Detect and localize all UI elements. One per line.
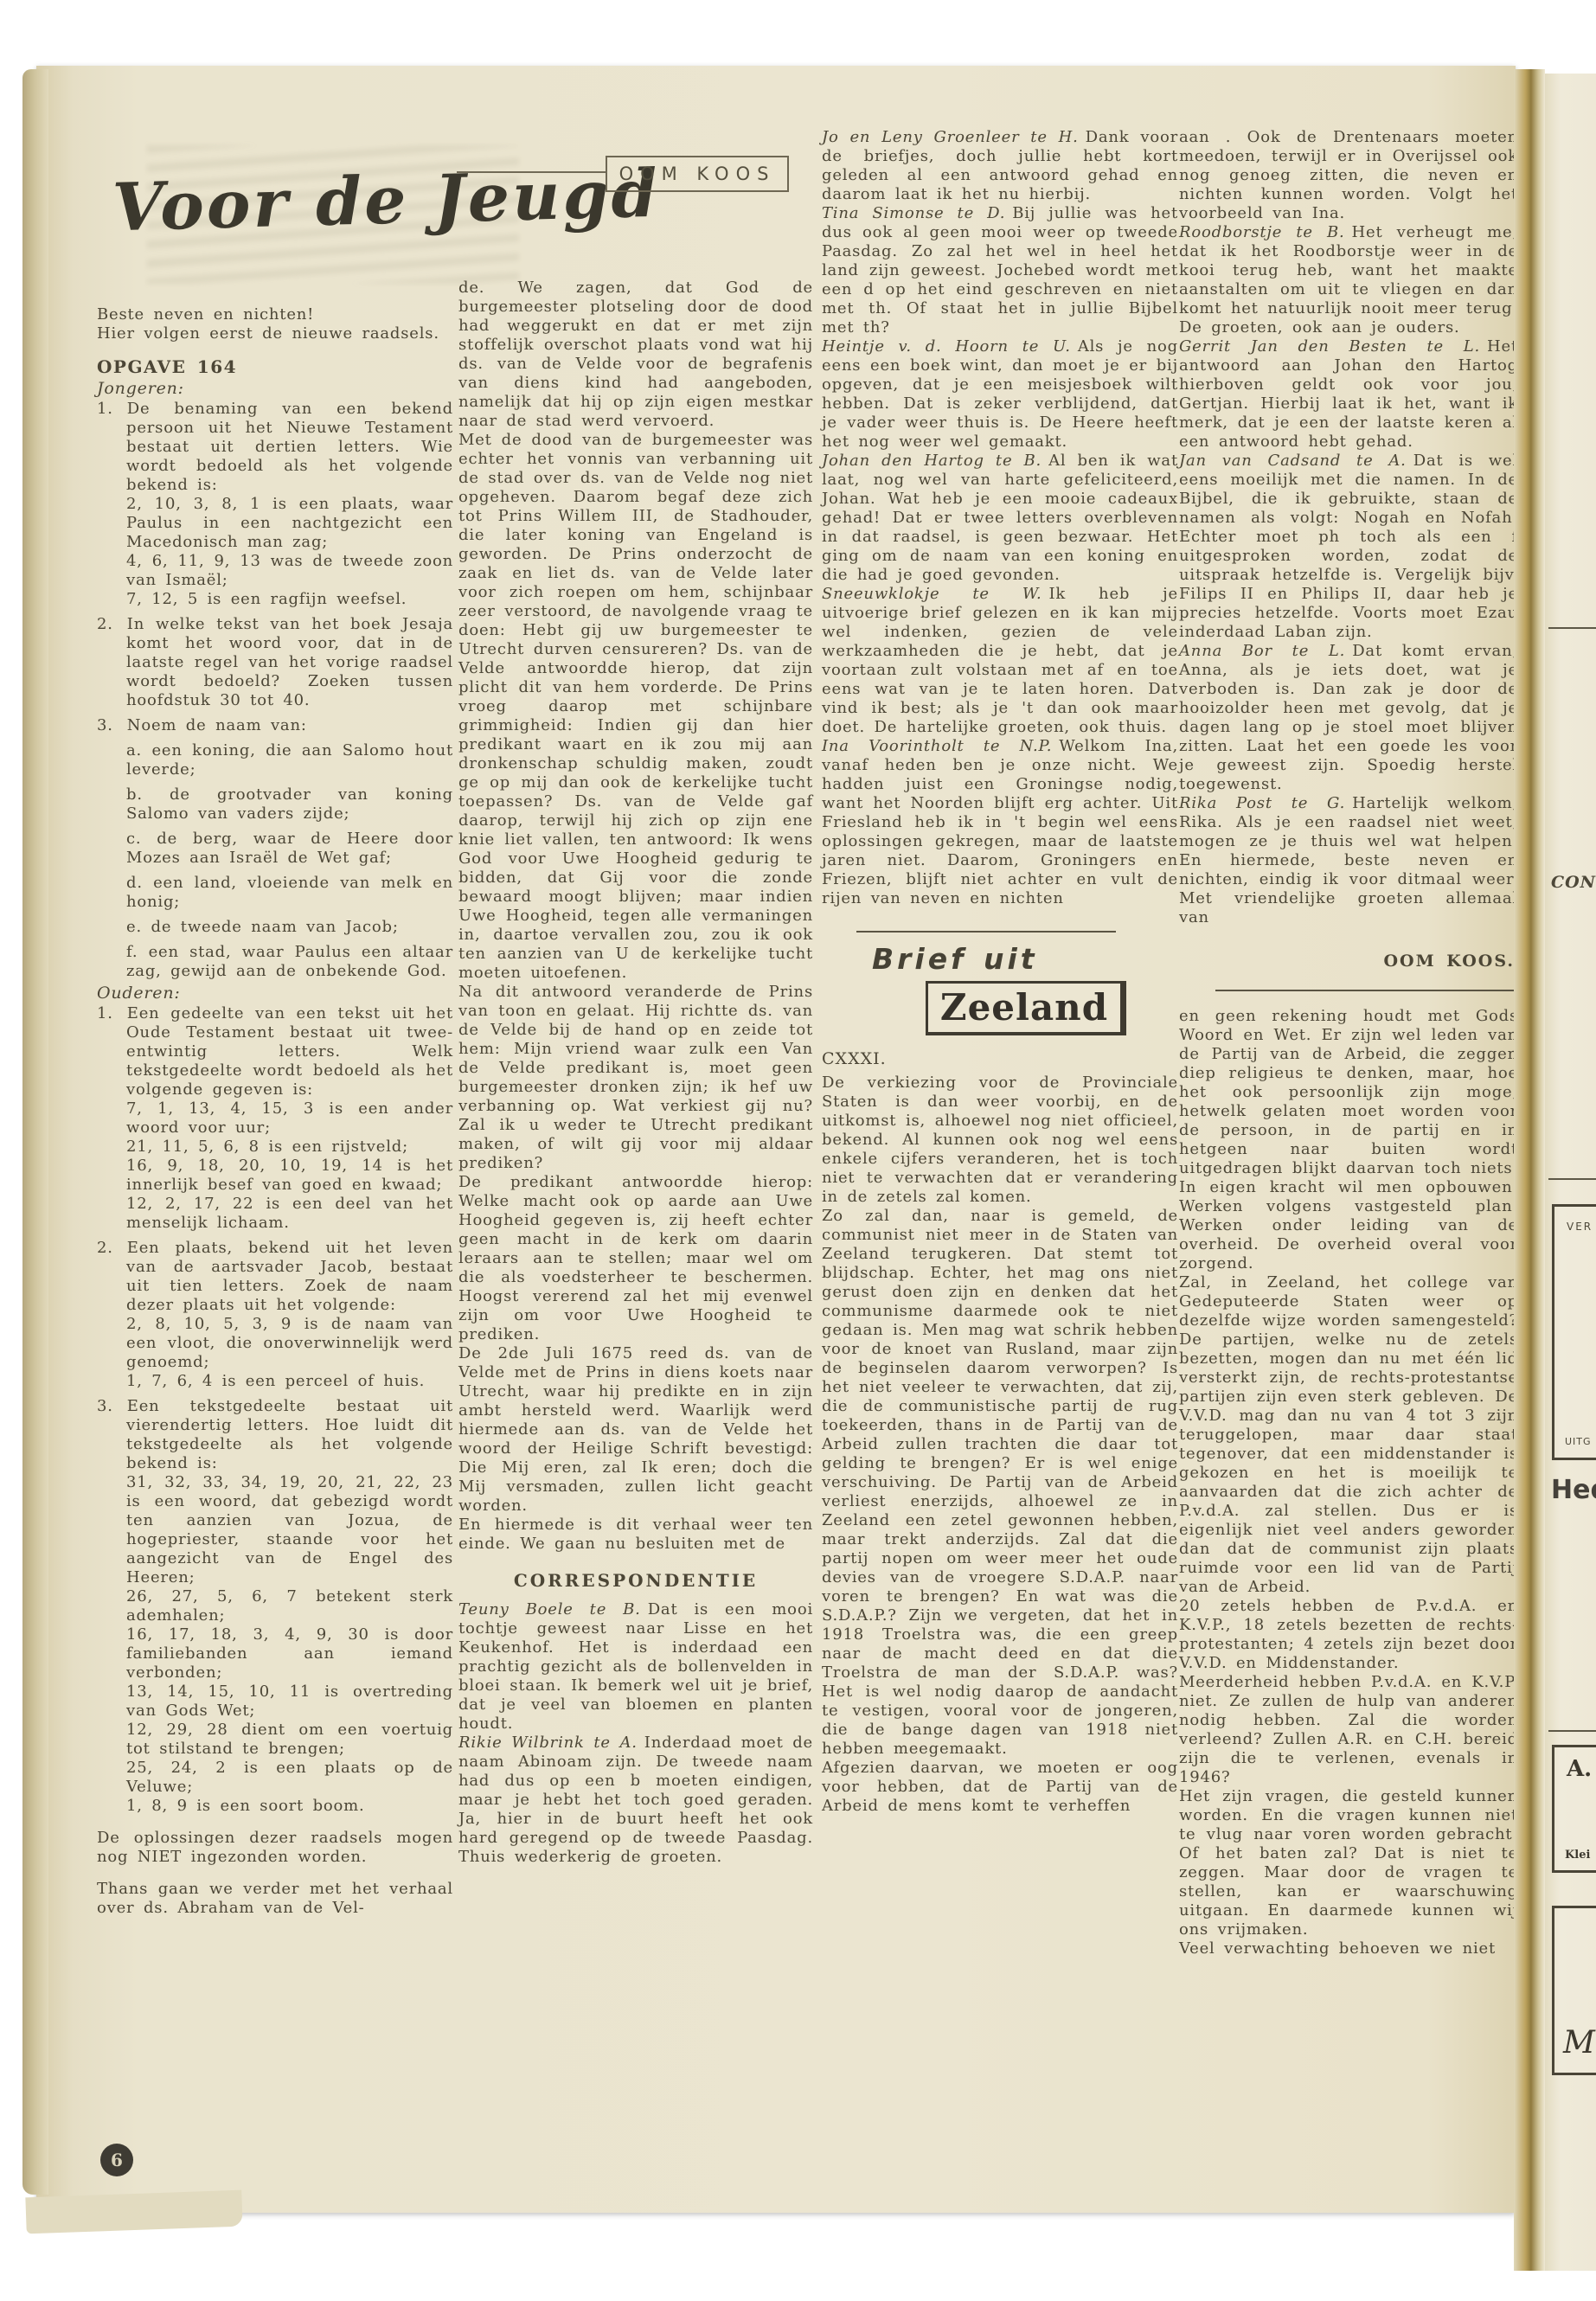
block-text: 26, 27, 5, 6, 7 betekent sterk ademhalen… [126, 1587, 453, 1625]
text-block: Veel verwachting behoeven we niet [1179, 1939, 1518, 1958]
block-text: En hiermede is dit verhaal weer ten eind… [458, 1516, 813, 1553]
block-label: 1. [97, 400, 113, 418]
text-block: Thans gaan we verder met het verhaal ove… [97, 1880, 453, 1918]
block-text: 20 zetels hebben de P.v.d.A. en K.V.P., … [1179, 1597, 1518, 1672]
text-block: 3.Noem de naam van: [97, 716, 453, 735]
text-block: 2.In welke tekst van het boek Jesaja kom… [97, 615, 453, 710]
correspondence-end: aan . Ook de Drentenaars moeten meedoen,… [1179, 128, 1518, 971]
block-text: 16, 17, 18, 3, 4, 9, 30 is door familieb… [126, 1625, 453, 1682]
block-text: Bij jullie was het dus ook al geen mooi … [822, 204, 1178, 336]
correspondent-name: Rika Post te G. [1179, 794, 1345, 812]
text-block: Jan van Cadsand te A.Dat is wel eens moe… [1179, 452, 1518, 642]
block-text: Met de dood van de burgemeester was echt… [458, 431, 813, 982]
text-block: Jo en Leny Groenleer te H.Dank voor de b… [822, 128, 1178, 204]
text-block: Tina Simonse te D.Bij jullie was het dus… [822, 204, 1178, 337]
zeeland-letter-continued: en geen rekening houdt met Gods Woord en… [1179, 1007, 1518, 1958]
text-block: d. een land, vloeiende van melk en honig… [97, 874, 453, 912]
block-text: 1, 7, 6, 4 is een perceel of huis. [126, 1372, 425, 1390]
text-block: 2, 10, 3, 8, 1 is een plaats, waar Paulu… [97, 495, 453, 552]
block-text: e. de tweede naam van Jacob; [126, 918, 399, 936]
text-block: 12, 2, 17, 22 is een deel van het mensel… [97, 1195, 453, 1233]
text-block: Ouderen: [97, 984, 453, 1003]
correspondent-name: Jan van Cadsand te A. [1179, 452, 1407, 470]
block-label: 1. [97, 1004, 113, 1022]
page-number: 6 [100, 2144, 133, 2176]
correspondent-name: Sneeuwklokje te W. [822, 585, 1042, 603]
text-block: 21, 11, 5, 6, 8 is een rijstveld; [97, 1138, 453, 1157]
block-text: 12, 2, 17, 22 is een deel van het mensel… [126, 1195, 453, 1232]
text-block: 4, 6, 11, 9, 13 was de tweede zoon van I… [97, 552, 453, 590]
block-text: Zo zal dan, naar is gemeld, de communist… [822, 1207, 1178, 1758]
block-text: f. een stad, waar Paulus een altaar zag,… [126, 943, 453, 980]
scanned-newspaper-screenshot: Voor de Jeugd OOM KOOS Beste neven en ni… [0, 0, 1596, 2301]
block-text: Welkom Ina, vanaf heden ben je onze nich… [822, 737, 1178, 907]
block-text: Het zijn vragen, die gesteld kunnen word… [1179, 1787, 1518, 1939]
block-text: aan . Ook de Drentenaars moeten meedoen,… [1179, 128, 1518, 222]
heden-heading-fragment: Hede [1551, 1475, 1596, 1505]
block-text: Een gedeelte van een tekst uit het Oude … [126, 1004, 453, 1099]
column-riddles: Beste neven en nichten! Hier volgen eers… [97, 305, 453, 1918]
block-text: 25, 24, 2 is een plaats op de Veluwe; [126, 1759, 453, 1796]
side-rule [1548, 1178, 1596, 1180]
block-text: 1, 8, 9 is een soort boom. [126, 1797, 365, 1815]
block-text: 21, 11, 5, 6, 8 is een rijstveld; [126, 1138, 408, 1156]
block-text: 4, 6, 11, 9, 13 was de tweede zoon van I… [126, 552, 453, 589]
text-block: CORRESPONDENTIE [458, 1571, 813, 1590]
block-text: OOM KOOS. [1383, 952, 1515, 971]
block-text: 12, 29, 28 dient om een voertuig tot sti… [126, 1721, 453, 1758]
block-text: Thans gaan we verder met het verhaal ove… [97, 1880, 453, 1917]
advertisement-box: A. Klei [1552, 1745, 1596, 1873]
block-text: Jongeren: [97, 379, 184, 398]
text-block: Rikie Wilbrink te A.Inderdaad moet de na… [458, 1734, 813, 1867]
text-block: de. We zagen, dat God de burgemeester pl… [458, 279, 813, 431]
contact-heading-fragment: CONTA [1551, 873, 1596, 892]
correspondent-name: Tina Simonse te D. [822, 204, 1005, 222]
block-text: De predikant antwoordde hierop: Welke ma… [458, 1173, 813, 1343]
block-text: 13, 14, 15, 10, 11 is overtreding van Go… [126, 1682, 453, 1720]
text-block: f. een stad, waar Paulus een altaar zag,… [97, 943, 453, 981]
text-block: Meerderheid hebben P.v.d.A. en K.V.P. ni… [1179, 1673, 1518, 1787]
text-block: 13, 14, 15, 10, 11 is overtreding van Go… [97, 1682, 453, 1721]
text-block: Heintje v. d. Hoorn te U.Als je nog eens… [822, 337, 1178, 452]
text-block: 20 zetels hebben de P.v.d.A. en K.V.P., … [1179, 1597, 1518, 1673]
section-divider-rule [856, 931, 1116, 933]
block-text: 31, 32, 33, 34, 19, 20, 21, 22, 23 is ee… [126, 1473, 453, 1586]
text-block: en geen rekening houdt met Gods Woord en… [1179, 1007, 1518, 1273]
ad-initial: M. [1563, 2025, 1596, 2061]
brief-uit-heading: Brief uit [872, 950, 1178, 969]
text-block: 16, 9, 18, 20, 10, 19, 14 is het innerli… [97, 1157, 453, 1195]
block-text: Veel verwachting behoeven we niet [1179, 1939, 1496, 1958]
text-block: 25, 24, 2 is een plaats op de Veluwe; [97, 1759, 453, 1797]
correspondent-name: Johan den Hartog te B. [822, 452, 1042, 470]
block-text: 7, 1, 13, 4, 15, 3 is een ander woord vo… [126, 1099, 453, 1137]
block-text: Meerderheid hebben P.v.d.A. en K.V.P. ni… [1179, 1673, 1518, 1786]
block-text: Inderdaad moet de naam Abinoam zijn. De … [458, 1734, 813, 1866]
text-block: 1.De benaming van een bekend persoon uit… [97, 400, 453, 495]
text-block: b. de grootvader van koning Salomo van v… [97, 785, 453, 824]
correspondent-name: Gerrit Jan den Besten te L. [1179, 337, 1480, 356]
block-text: Dat is wel eens moeilijk met die namen. … [1179, 452, 1518, 641]
text-block: Jongeren: [97, 379, 453, 398]
block-text: d. een land, vloeiende van melk en honig… [126, 874, 453, 911]
text-block: Na dit antwoord veranderde de Prins van … [458, 983, 813, 1173]
text-block: Zal, in Zeeland, het college van Gedeput… [1179, 1273, 1518, 1597]
text-block: 26, 27, 5, 6, 7 betekent sterk ademhalen… [97, 1587, 453, 1625]
side-rule [1548, 1730, 1596, 1732]
text-block: Hier volgen eerst de nieuwe raadsels. [97, 324, 453, 343]
block-text: Een tekstgedeelte bestaat uit vierendert… [126, 1397, 453, 1472]
zeeland-title-box: Zeeland [926, 981, 1126, 1035]
text-block: 1, 7, 6, 4 is een perceel of huis. [97, 1372, 453, 1391]
text-block: OOM KOOS. [1179, 952, 1518, 971]
correspondent-name: Jo en Leny Groenleer te H. [822, 128, 1079, 146]
block-text: 7, 12, 5 is een ragfijn weefsel. [126, 590, 407, 608]
advertisement-box: VER UITG [1552, 1204, 1596, 1460]
block-label: 3. [97, 716, 113, 734]
correspondent-name: Heintje v. d. Hoorn te U. [822, 337, 1071, 356]
advertisement-box: M. [1552, 1906, 1596, 2075]
block-label: 2. [97, 1239, 113, 1257]
block-text: De benaming van een bekend persoon uit h… [126, 400, 453, 494]
text-block: OPGAVE 164 [97, 357, 453, 376]
column-correspondence-brief: Jo en Leny Groenleer te H.Dank voor de b… [822, 128, 1178, 1816]
badge-rule [457, 171, 607, 173]
block-text: 2, 10, 3, 8, 1 is een plaats, waar Paulu… [126, 495, 453, 551]
text-block: 3.Een tekstgedeelte bestaat uit vierende… [97, 1397, 453, 1473]
block-text: Hier volgen eerst de nieuwe raadsels. [97, 324, 439, 343]
text-block: 12, 29, 28 dient om een voertuig tot sti… [97, 1721, 453, 1759]
text-block: 31, 32, 33, 34, 19, 20, 21, 22, 23 is ee… [97, 1473, 453, 1587]
newspaper-page: Voor de Jeugd OOM KOOS Beste neven en ni… [36, 66, 1516, 2213]
block-text: OPGAVE 164 [97, 356, 237, 377]
text-block: c. de berg, waar de Heere door Mozes aan… [97, 830, 453, 868]
correspondent-name: Ina Voorintholt te N.P. [822, 737, 1052, 755]
ad-header-fragment: VER [1554, 1207, 1596, 1233]
block-text: en geen rekening houdt met Gods Woord en… [1179, 1007, 1518, 1272]
text-block: Teuny Boele te B.Dat is een mooi tochtje… [458, 1600, 813, 1734]
text-block: a. een koning, die aan Salomo hout lever… [97, 741, 453, 779]
column-correspondence-end: aan . Ook de Drentenaars moeten meedoen,… [1179, 128, 1518, 1958]
torn-left-edge [22, 69, 48, 2195]
text-block: Met de dood van de burgemeester was echt… [458, 431, 813, 983]
block-text: 16, 9, 18, 20, 10, 19, 14 is het innerli… [126, 1157, 453, 1194]
text-block: 16, 17, 18, 3, 4, 9, 30 is door familieb… [97, 1625, 453, 1682]
text-block: 1, 8, 9 is een soort boom. [97, 1797, 453, 1816]
text-block: e. de tweede naam van Jacob; [97, 918, 453, 937]
block-label: 2. [97, 615, 113, 633]
block-text: Al ben ik wat laat, nog wel van harte ge… [822, 452, 1178, 584]
block-text: de. We zagen, dat God de burgemeester pl… [458, 279, 813, 430]
text-block: 1.Een gedeelte van een tekst uit het Oud… [97, 1004, 453, 1099]
text-block: De verkiezing voor de Provinciale Staten… [822, 1074, 1178, 1207]
text-block: Rika Post te G.Hartelijk welkom, Rika. A… [1179, 794, 1518, 927]
block-text: Afgezien daarvan, we moeten er oog voor … [822, 1759, 1178, 1815]
text-block: Beste neven en nichten! [97, 305, 453, 324]
text-block: 2, 8, 10, 5, 3, 9 is de naam van een vlo… [97, 1315, 453, 1372]
text-block: Roodborstje te B.Het verheugt me, dat ik… [1179, 223, 1518, 337]
text-block: Ina Voorintholt te N.P.Welkom Ina, vanaf… [822, 737, 1178, 908]
text-block: 2.Een plaats, bekend uit het leven van d… [97, 1239, 453, 1315]
block-text: c. de berg, waar de Heere door Mozes aan… [126, 830, 453, 867]
correspondent-name: Anna Bor te L. [1179, 642, 1345, 660]
block-text: De 2de Juli 1675 reed ds. van de Velde m… [458, 1344, 813, 1515]
adjacent-page-strip: CONTA VER UITG Hede A. Klei M. [1545, 74, 1596, 2271]
block-text: Hartelijk welkom, Rika. Als je een raads… [1179, 794, 1518, 926]
ad-caption-fragment: Klei [1565, 1849, 1590, 1862]
correspondent-name: Teuny Boele te B. [458, 1600, 641, 1618]
block-text: Ouderen: [97, 984, 181, 1003]
block-text: Noem de naam van: [127, 716, 307, 734]
page-fold-gutter [1514, 69, 1545, 2271]
text-block: De predikant antwoordde hierop: Welke ma… [458, 1173, 813, 1344]
block-text: Na dit antwoord veranderde de Prins van … [458, 983, 813, 1172]
block-text: b. de grootvader van koning Salomo van v… [126, 785, 453, 823]
side-rule [1548, 627, 1596, 629]
block-text: Dat komt ervan, Anna, als je iets doet, … [1179, 642, 1518, 793]
block-text: De oplossingen dezer raadsels mogen nog … [97, 1829, 453, 1866]
section-divider-rule [1215, 990, 1518, 991]
text-block: 7, 12, 5 is een ragfijn weefsel. [97, 590, 453, 609]
block-text: Zal, in Zeeland, het college van Gedeput… [1179, 1273, 1518, 1596]
text-block: Sneeuwklokje te W.Ik heb je uitvoerige b… [822, 585, 1178, 737]
text-block: Gerrit Jan den Besten te L.Het antwoord … [1179, 337, 1518, 452]
zeeland-label: Zeeland [940, 998, 1108, 1017]
text-block: Anna Bor te L.Dat komt ervan, Anna, als … [1179, 642, 1518, 794]
text-block: Afgezien daarvan, we moeten er oog voor … [822, 1759, 1178, 1816]
text-block: De oplossingen dezer raadsels mogen nog … [97, 1829, 453, 1867]
block-text: CORRESPONDENTIE [514, 1570, 758, 1591]
text-block: De 2de Juli 1675 reed ds. van de Velde m… [458, 1344, 813, 1516]
block-text: Dat is een mooi tochtje geweest naar Lis… [458, 1600, 813, 1733]
text-block: Zo zal dan, naar is gemeld, de communist… [822, 1207, 1178, 1759]
text-block: aan . Ook de Drentenaars moeten meedoen,… [1179, 128, 1518, 223]
block-text: 2, 8, 10, 5, 3, 9 is de naam van een vlo… [126, 1315, 453, 1371]
correspondence-continued: Jo en Leny Groenleer te H.Dank voor de b… [822, 128, 1178, 908]
zeeland-letter-text: De verkiezing voor de Provinciale Staten… [822, 1074, 1178, 1816]
text-block: 7, 1, 13, 4, 15, 3 is een ander woord vo… [97, 1099, 453, 1138]
column-story-correspondence: de. We zagen, dat God de burgemeester pl… [458, 279, 813, 1867]
block-text: De verkiezing voor de Provinciale Staten… [822, 1074, 1178, 1206]
block-text: Beste neven en nichten! [97, 305, 314, 324]
letter-number: CXXXI. [822, 1049, 1178, 1068]
text-block: En hiermede is dit verhaal weer ten eind… [458, 1516, 813, 1554]
correspondent-name: Roodborstje te B. [1179, 223, 1345, 241]
torn-bottom-edge [25, 2190, 242, 2234]
correspondent-name: Rikie Wilbrink te A. [458, 1734, 638, 1752]
block-text: In welke tekst van het boek Jesaja komt … [126, 615, 453, 709]
ad-initial: A. [1567, 1756, 1592, 1782]
block-label: 3. [97, 1397, 113, 1415]
block-text: Ik heb je uitvoerige brief gelezen en ik… [822, 585, 1178, 736]
block-text: Een plaats, bekend uit het leven van de … [126, 1239, 453, 1314]
ad-footer-fragment: UITG [1565, 1436, 1592, 1447]
oom-koos-badge: OOM KOOS [606, 156, 789, 192]
block-text: a. een koning, die aan Salomo hout lever… [126, 741, 453, 779]
text-block: Johan den Hartog te B.Al ben ik wat laat… [822, 452, 1178, 585]
text-block: Het zijn vragen, die gesteld kunnen word… [1179, 1787, 1518, 1939]
